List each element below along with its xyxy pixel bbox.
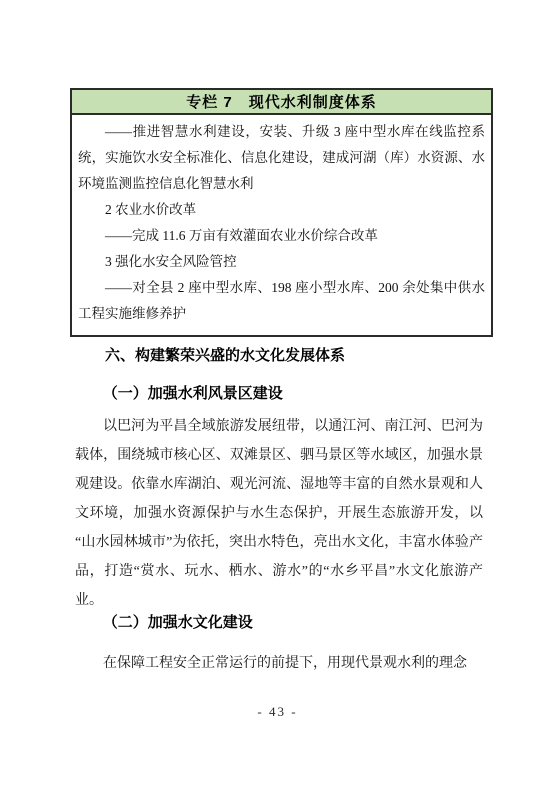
subsection-heading-2: （二）加强水文化建设 bbox=[75, 611, 483, 632]
column-box-item: ——对全县 2 座中型水库、198 座小型水库、200 余处集中供水工程实施维修… bbox=[78, 275, 485, 327]
column-box-title: 专栏 7 现代水利制度体系 bbox=[186, 91, 377, 112]
column-box-item: ——推进智慧水利建设，安装、升级 3 座中型水库在线监控系统，实施饮水安全标准化… bbox=[78, 119, 485, 197]
paragraph-scenic-area: 以巴河为平昌全域旅游发展纽带，以通江河、南江河、巴河为载体，围绕城市核心区、双滩… bbox=[75, 412, 483, 615]
subsection-heading-1: （一）加强水利风景区建设 bbox=[75, 382, 483, 403]
column-box: 专栏 7 现代水利制度体系 ——推进智慧水利建设，安装、升级 3 座中型水库在线… bbox=[70, 88, 493, 337]
column-box-body: ——推进智慧水利建设，安装、升级 3 座中型水库在线监控系统，实施饮水安全标准化… bbox=[72, 115, 491, 335]
column-box-item: 2 农业水价改革 bbox=[78, 197, 485, 223]
page-number: - 43 - bbox=[0, 704, 555, 720]
document-page: 专栏 7 现代水利制度体系 ——推进智慧水利建设，安装、升级 3 座中型水库在线… bbox=[0, 0, 555, 785]
column-box-header: 专栏 7 现代水利制度体系 bbox=[72, 90, 491, 115]
column-box-item: 3 强化水安全风险管控 bbox=[78, 249, 485, 275]
paragraph-water-culture: 在保障工程安全正常运行的前提下，用现代景观水利的理念 bbox=[75, 649, 483, 678]
section-heading: 六、构建繁荣兴盛的水文化发展体系 bbox=[75, 344, 483, 365]
column-box-item: ——完成 11.6 万亩有效灌面农业水价综合改革 bbox=[78, 223, 485, 249]
